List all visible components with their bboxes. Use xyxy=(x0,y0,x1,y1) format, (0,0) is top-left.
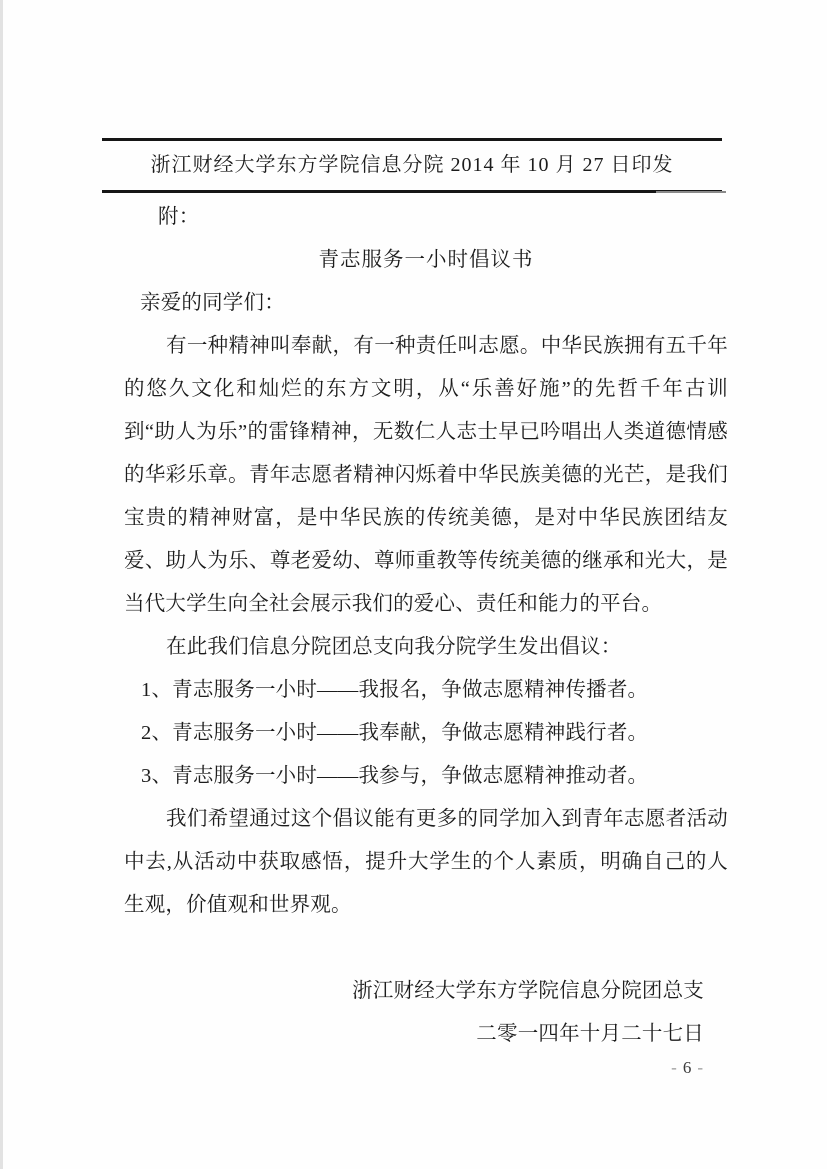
salutation: 亲爱的同学们： xyxy=(140,282,728,325)
attachment-label: 附： xyxy=(158,196,728,239)
imprint-line: 浙江财经大学东方学院信息分院 2014 年 10 月 27 日印发 xyxy=(102,141,722,190)
header-rule-tail xyxy=(656,191,726,193)
paragraph-intro: 有一种精神叫奉献，有一种责任叫志愿。中华民族拥有五千年的悠久文化和灿烂的东方文明… xyxy=(124,325,728,626)
page-number-value: 6 xyxy=(683,1058,693,1077)
page-number: -6- xyxy=(666,1058,709,1078)
paragraph-proposal-lead: 在此我们信息分院团总支向我分院学生发出倡议： xyxy=(124,626,728,669)
signature-block: 浙江财经大学东方学院信息分院团总支 二零一四年十月二十七日 xyxy=(124,970,728,1056)
scan-edge xyxy=(0,0,3,1169)
page-number-right-dash: - xyxy=(692,1058,709,1077)
document-body: 附： 青志服务一小时倡议书 亲爱的同学们： 有一种精神叫奉献，有一种责任叫志愿。… xyxy=(124,196,728,1056)
paragraph-closing: 我们希望通过这个倡议能有更多的同学加入到青年志愿者活动中去,从活动中获取感悟，提… xyxy=(124,798,728,927)
header-rule-bottom xyxy=(102,190,722,193)
proposal-item-1: 1、青志服务一小时——我报名，争做志愿精神传播者。 xyxy=(141,669,728,712)
document-header: 浙江财经大学东方学院信息分院 2014 年 10 月 27 日印发 xyxy=(102,138,722,193)
signature-organization: 浙江财经大学东方学院信息分院团总支 xyxy=(124,970,728,1013)
proposal-item-3: 3、青志服务一小时——我参与，争做志愿精神推动者。 xyxy=(141,755,728,798)
page-number-left-dash: - xyxy=(666,1058,683,1077)
proposal-item-2: 2、青志服务一小时——我奉献，争做志愿精神践行者。 xyxy=(141,712,728,755)
signature-date: 二零一四年十月二十七日 xyxy=(124,1013,728,1056)
document-title: 青志服务一小时倡议书 xyxy=(124,239,728,282)
document-page: 浙江财经大学东方学院信息分院 2014 年 10 月 27 日印发 附： 青志服… xyxy=(0,0,827,1169)
